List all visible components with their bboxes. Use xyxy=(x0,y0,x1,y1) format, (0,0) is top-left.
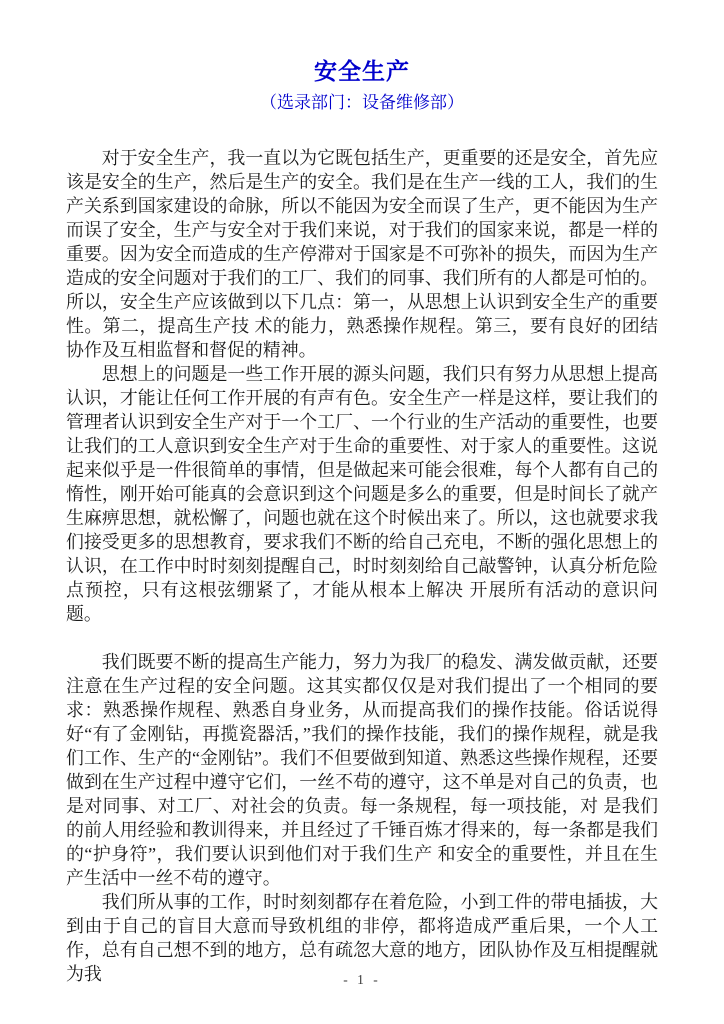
paragraph-2: 思想上的问题是一些工作开展的源头问题，我们只有努力从思想上提高认识，才能让任何工… xyxy=(66,362,658,626)
document-subtitle: （选录部门：设备维修部） xyxy=(0,92,724,114)
document-title: 安全生产 xyxy=(0,0,724,85)
page-number: - 1 - xyxy=(0,972,724,988)
document-body: 对于安全生产，我一直以为它既包括生产，更重要的还是安全，首先应该是安全的生产，然… xyxy=(66,146,658,986)
document-page: 安全生产 （选录部门：设备维修部） 对于安全生产，我一直以为它既包括生产，更重要… xyxy=(0,0,724,1024)
paragraph-1: 对于安全生产，我一直以为它既包括生产，更重要的还是安全，首先应该是安全的生产，然… xyxy=(66,146,658,362)
paragraph-3: 我们既要不断的提高生产能力，努力为我厂的稳发、满发做贡献，还要注意在生产过程的安… xyxy=(66,650,658,890)
